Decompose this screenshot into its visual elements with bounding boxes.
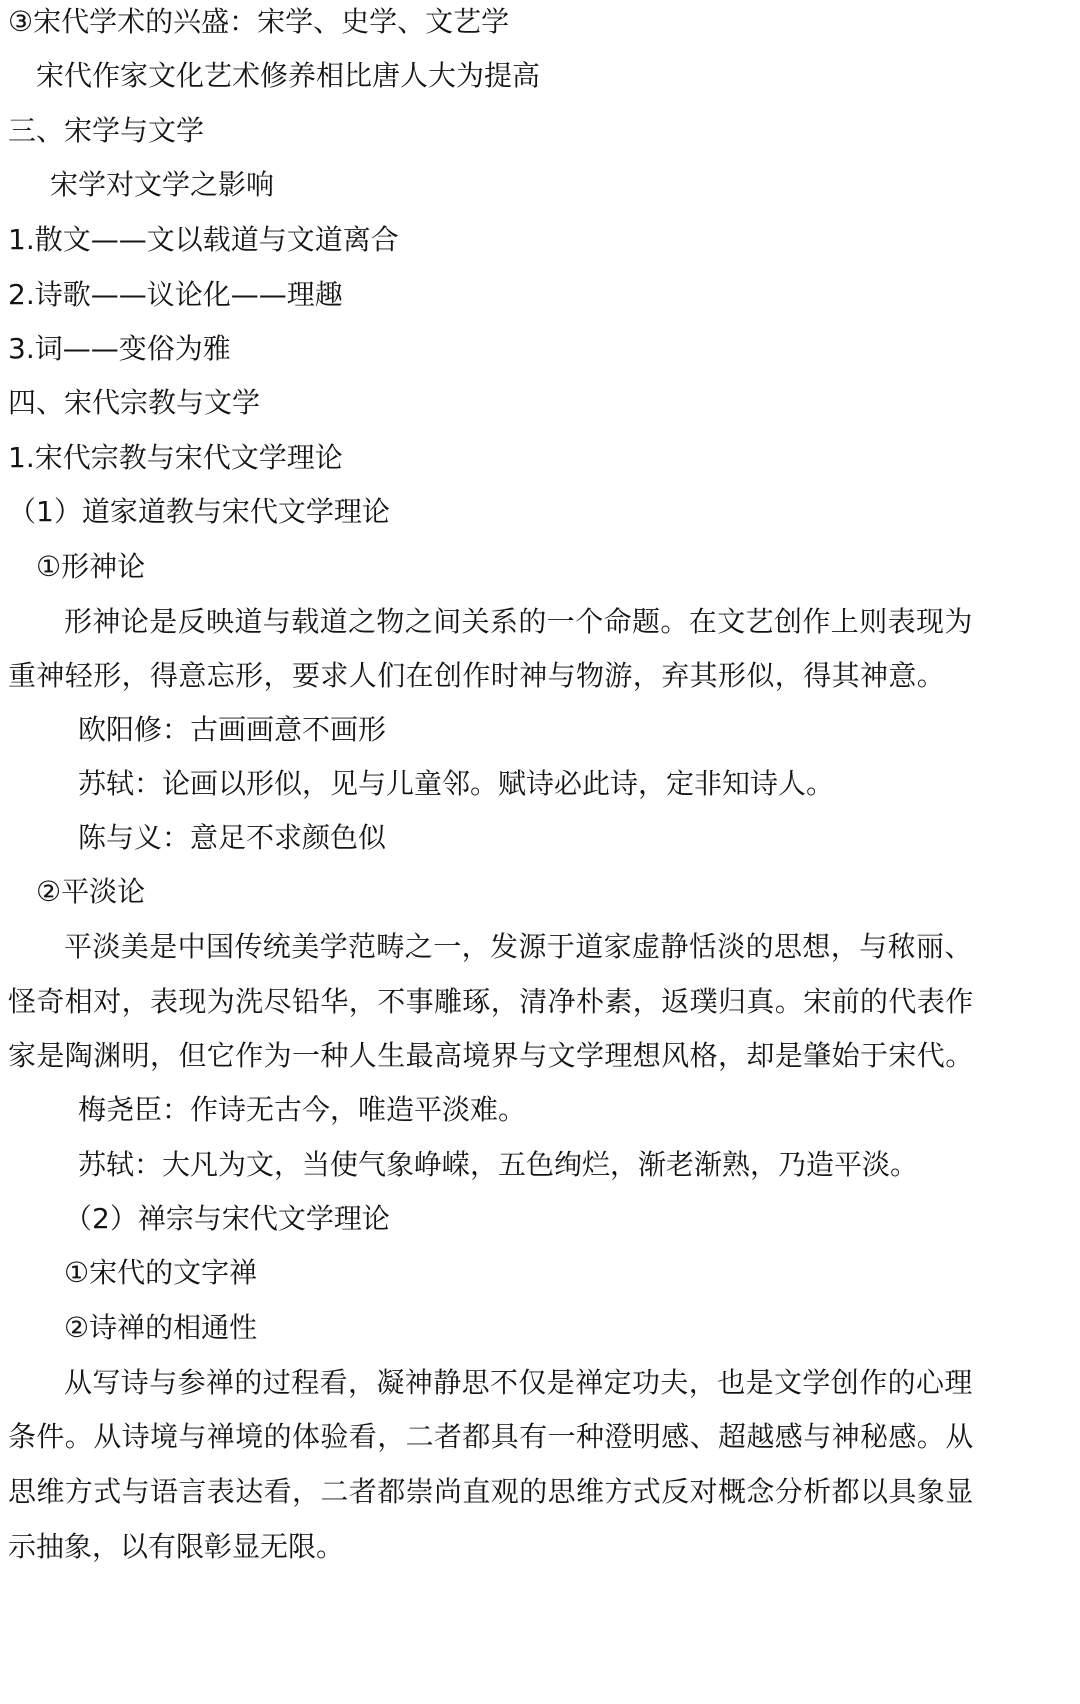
item-taoism-theory: （1）道家道教与宋代文学理论 xyxy=(8,492,390,532)
item-prose: 1.散文——文以载道与文道离合 xyxy=(8,220,399,260)
item-poetry-zen-connection: ②诗禅的相通性 xyxy=(64,1308,257,1348)
item-scholarship-flourishing: ③宋代学术的兴盛：宋学、史学、文艺学 xyxy=(8,2,509,42)
paragraph-form-spirit-1: 形神论是反映道与载道之物之间关系的一个命题。在文艺创作上则表现为 xyxy=(64,602,973,642)
quote-mei-yaochen: 梅尧臣：作诗无古今，唯造平淡难。 xyxy=(78,1090,526,1130)
item-plainness-theory: ②平淡论 xyxy=(36,872,145,912)
item-literary-zen: ①宋代的文字禅 xyxy=(64,1253,257,1293)
item-form-spirit-theory: ①形神论 xyxy=(36,547,145,587)
text-artistic-cultivation: 宋代作家文化艺术修养相比唐人大为提高 xyxy=(36,56,540,96)
section-heading-religion-literature: 四、宋代宗教与文学 xyxy=(8,383,260,423)
subheading-songxue-influence: 宋学对文学之影响 xyxy=(50,165,274,205)
quote-ouyang-xiu: 欧阳修：古画画意不画形 xyxy=(78,710,386,750)
quote-su-shi-2: 苏轼：大凡为文，当使气象峥嵘，五色绚烂，渐老渐熟，乃造平淡。 xyxy=(78,1145,918,1185)
paragraph-plainness-2: 怪奇相对，表现为洗尽铅华，不事雕琢，清净朴素，返璞归真。宋前的代表作 xyxy=(8,982,974,1022)
quote-su-shi-1: 苏轼：论画以形似，见与儿童邻。赋诗必此诗，定非知诗人。 xyxy=(78,764,834,804)
paragraph-plainness-1: 平淡美是中国传统美学范畴之一，发源于道家虚静恬淡的思想，与秾丽、 xyxy=(64,927,973,967)
paragraph-plainness-3: 家是陶渊明，但它作为一种人生最高境界与文学理想风格，却是肇始于宋代。 xyxy=(8,1036,974,1076)
paragraph-form-spirit-2: 重神轻形，得意忘形，要求人们在创作时神与物游，弃其形似，得其神意。 xyxy=(8,656,945,696)
paragraph-poetry-zen-3: 思维方式与语言表达看，二者都崇尚直观的思维方式反对概念分析都以具象显 xyxy=(8,1472,974,1512)
quote-chen-yuyi: 陈与义：意足不求颜色似 xyxy=(78,818,386,858)
item-zen-theory: （2）禅宗与宋代文学理论 xyxy=(64,1199,390,1239)
section-heading-songxue-literature: 三、宋学与文学 xyxy=(8,111,204,151)
item-religion-theory: 1.宋代宗教与宋代文学理论 xyxy=(8,438,343,478)
paragraph-poetry-zen-4: 示抽象，以有限彰显无限。 xyxy=(8,1527,344,1567)
item-ci: 3.词——变俗为雅 xyxy=(8,329,231,369)
paragraph-poetry-zen-1: 从写诗与参禅的过程看，凝神静思不仅是禅定功夫，也是文学创作的心理 xyxy=(64,1363,973,1403)
item-poetry: 2.诗歌——议论化——理趣 xyxy=(8,275,343,315)
document-page: ③宋代学术的兴盛：宋学、史学、文艺学 宋代作家文化艺术修养相比唐人大为提高 三、… xyxy=(0,0,1080,1704)
paragraph-poetry-zen-2: 条件。从诗境与禅境的体验看，二者都具有一种澄明感、超越感与神秘感。从 xyxy=(8,1417,974,1457)
